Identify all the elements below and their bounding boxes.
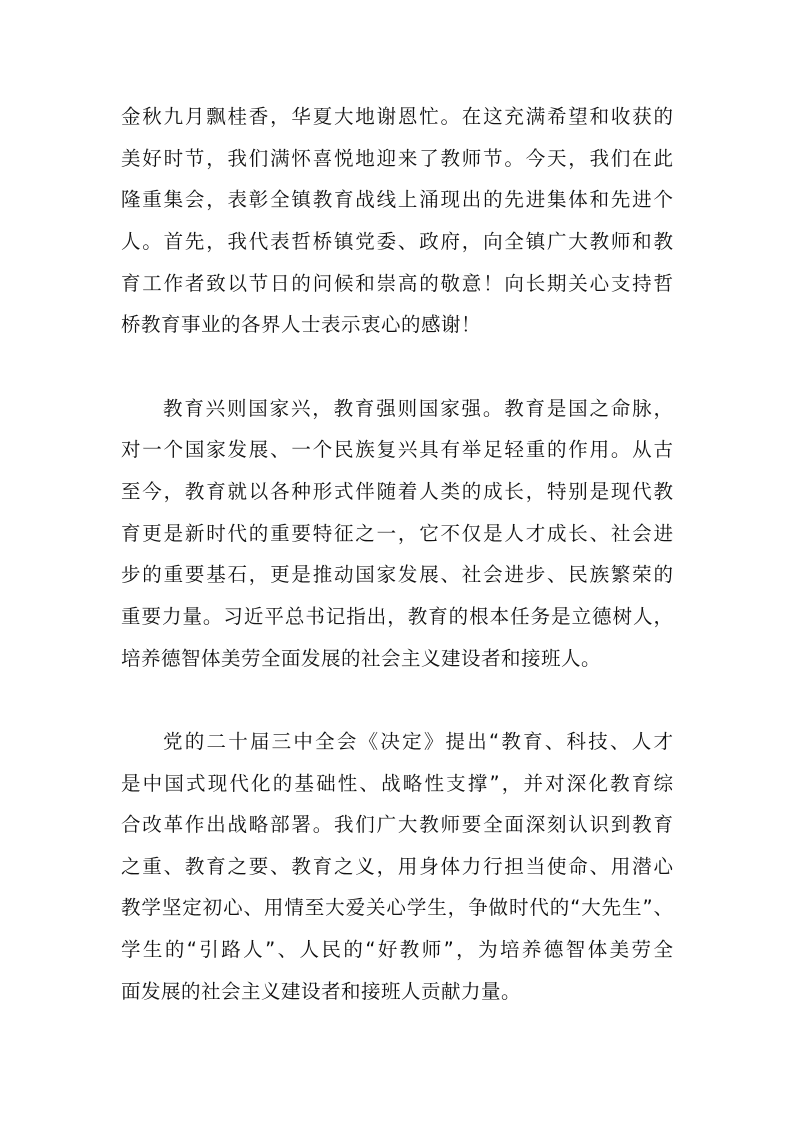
text-line: 育更是新时代的重要特征之一，它不仅是人才成长、社会进 xyxy=(121,513,673,555)
text-line: 隆重集会，表彰全镇教育战线上涌现出的先进集体和先进个 xyxy=(121,179,673,221)
text-line: 重要力量。习近平总书记指出，教育的根本任务是立德树人， xyxy=(121,596,673,638)
text-line: 面发展的社会主义建设者和接班人贡献力量。 xyxy=(121,971,673,1013)
text-line: 人。首先，我代表哲桥镇党委、政府，向全镇广大教师和教 xyxy=(121,221,673,263)
text-line: 至今，教育就以各种形式伴随着人类的成长，特别是现代教 xyxy=(121,471,673,513)
paragraph-2: 教育兴则国家兴，教育强则国家强。教育是国之命脉， 对一个国家发展、一个民族复兴具… xyxy=(121,388,673,680)
paragraph-3: 党的二十届三中全会《决定》提出“教育、科技、人才 是中国式现代化的基础性、战略性… xyxy=(121,721,673,1013)
text-line: 育工作者致以节日的问候和崇高的敬意！向长期关心支持哲 xyxy=(121,263,673,305)
text-line: 学生的“引路人”、人民的“好教师”，为培养德智体美劳全 xyxy=(121,929,673,971)
text-line: 步的重要基石，更是推动国家发展、社会进步、民族繁荣的 xyxy=(121,554,673,596)
paragraph-1: 金秋九月飘桂香，华夏大地谢恩忙。在这充满希望和收获的 美好时节，我们满怀喜悦地迎… xyxy=(121,96,673,346)
text-line: 之重、教育之要、教育之义，用身体力行担当使命、用潜心 xyxy=(121,846,673,888)
document-page: 金秋九月飘桂香，华夏大地谢恩忙。在这充满希望和收获的 美好时节，我们满怀喜悦地迎… xyxy=(0,0,793,1122)
text-line: 培养德智体美劳全面发展的社会主义建设者和接班人。 xyxy=(121,638,673,680)
text-line: 教学坚定初心、用情至大爱关心学生，争做时代的“大先生”、 xyxy=(121,887,673,929)
text-line: 党的二十届三中全会《决定》提出“教育、科技、人才 xyxy=(121,721,673,763)
text-line: 美好时节，我们满怀喜悦地迎来了教师节。今天，我们在此 xyxy=(121,138,673,180)
text-line: 对一个国家发展、一个民族复兴具有举足轻重的作用。从古 xyxy=(121,429,673,471)
text-line: 桥教育事业的各界人士表示衷心的感谢！ xyxy=(121,304,673,346)
text-line: 是中国式现代化的基础性、战略性支撑”，并对深化教育综 xyxy=(121,763,673,805)
document-body: 金秋九月飘桂香，华夏大地谢恩忙。在这充满希望和收获的 美好时节，我们满怀喜悦地迎… xyxy=(121,96,673,1054)
text-line: 合改革作出战略部署。我们广大教师要全面深刻认识到教育 xyxy=(121,804,673,846)
text-line: 金秋九月飘桂香，华夏大地谢恩忙。在这充满希望和收获的 xyxy=(121,96,673,138)
text-line: 教育兴则国家兴，教育强则国家强。教育是国之命脉， xyxy=(121,388,673,430)
